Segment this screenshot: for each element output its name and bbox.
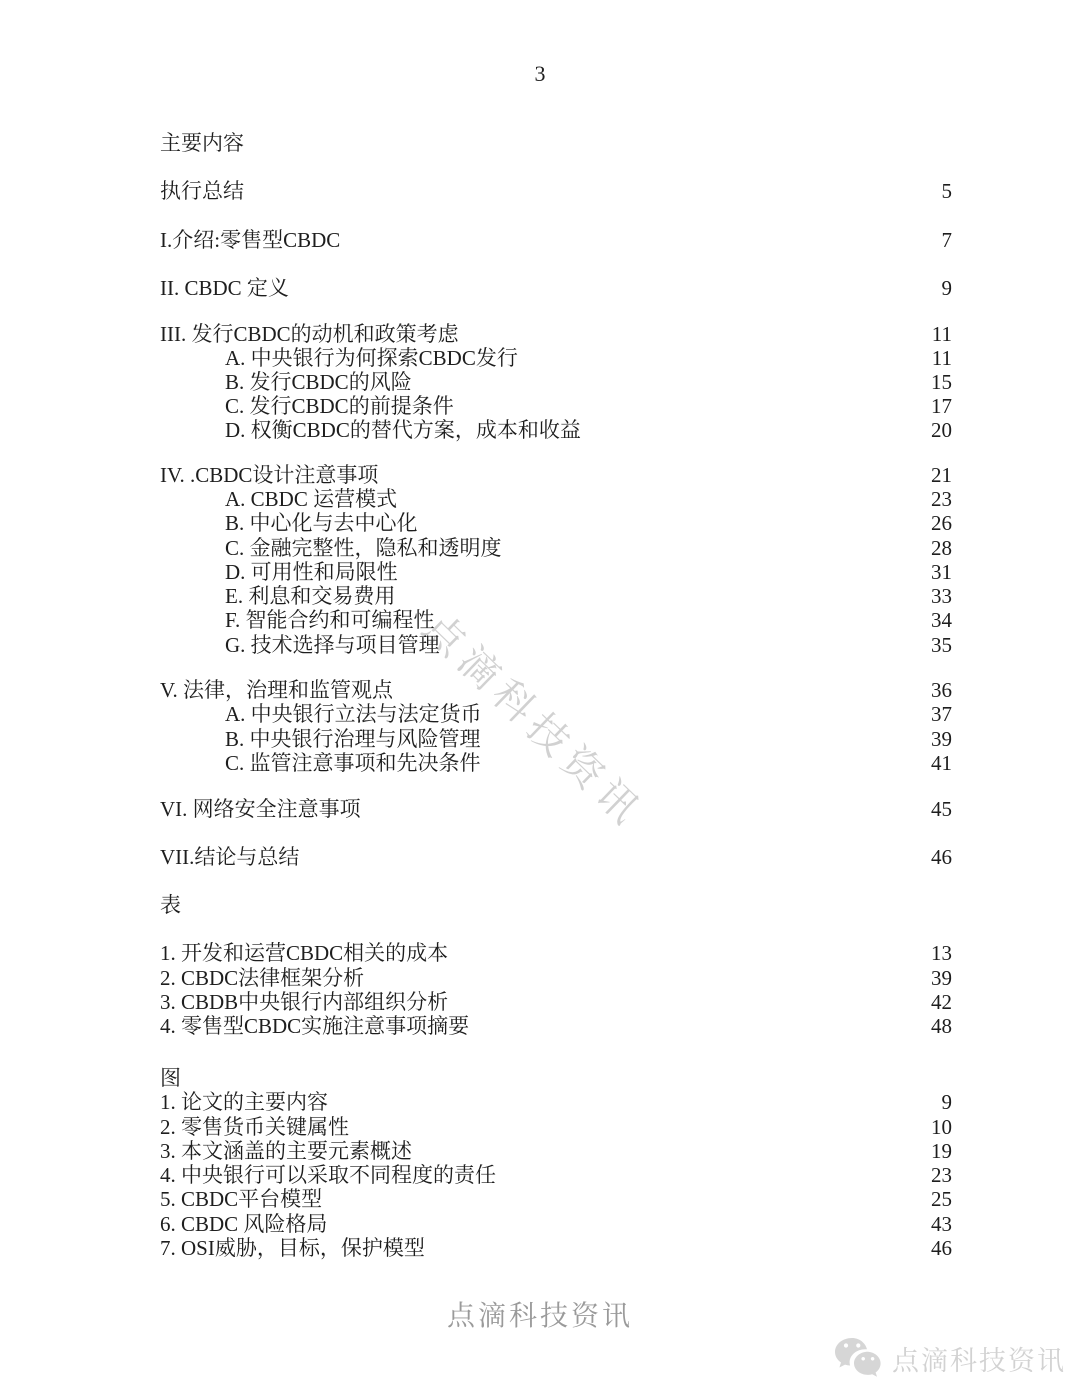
toc-subentry-page: 26 <box>922 511 952 535</box>
page-number: 3 <box>0 62 1080 86</box>
toc-subentry-page: 28 <box>922 536 952 560</box>
figures-entry: 5. CBDC平台模型 25 <box>160 1187 952 1211</box>
tables-entry: 4. 零售型CBDC实施注意事项摘要 48 <box>160 1014 952 1038</box>
figures-entry-label: 1. 论文的主要内容 <box>160 1090 328 1114</box>
toc-subentry-page: 11 <box>922 346 952 370</box>
toc-subentry: C. 发行CBDC的前提条件 17 <box>225 394 952 418</box>
tables-entry-page: 39 <box>922 966 952 990</box>
figures-entry-page: 46 <box>922 1236 952 1260</box>
toc-entry-page: 45 <box>922 797 952 821</box>
tables-entry-label: 2. CBDC法律框架分析 <box>160 966 364 990</box>
figures-entry: 1. 论文的主要内容 9 <box>160 1090 952 1114</box>
toc-entry-page: 7 <box>922 228 952 252</box>
tables-heading: 表 <box>160 893 952 917</box>
toc-subentry-label: D. 可用性和局限性 <box>225 560 398 584</box>
toc-entry-page: 21 <box>922 463 952 487</box>
figures-entry-label: 4. 中央银行可以采取不同程度的责任 <box>160 1163 496 1187</box>
toc-entry-page: 46 <box>922 845 952 869</box>
toc-subentry-label: G. 技术选择与项目管理 <box>225 633 440 657</box>
toc-entry: VII.结论与总结 46 <box>160 845 952 869</box>
figures-entry: 2. 零售货币关键属性 10 <box>160 1115 952 1139</box>
toc-subentry: B. 中心化与去中心化 26 <box>225 511 952 535</box>
tables-entry-label: 4. 零售型CBDC实施注意事项摘要 <box>160 1014 469 1038</box>
toc-subentry: E. 利息和交易费用 33 <box>225 584 952 608</box>
figures-entry: 4. 中央银行可以采取不同程度的责任 23 <box>160 1163 952 1187</box>
toc-subentry-label: C. 监管注意事项和先决条件 <box>225 751 481 775</box>
figures-entry-page: 43 <box>922 1212 952 1236</box>
toc-subentry-label: D. 权衡CBDC的替代方案，成本和收益 <box>225 418 581 442</box>
toc-subentry-label: B. 中心化与去中心化 <box>225 511 418 535</box>
figures-entry: 6. CBDC 风险格局 43 <box>160 1212 952 1236</box>
toc-entry-label: II. CBDC 定义 <box>160 276 289 300</box>
toc-subentry-page: 41 <box>922 751 952 775</box>
toc-subentry: F. 智能合约和可编程性 34 <box>225 608 952 632</box>
corner-watermark: 点滴科技资讯 <box>832 1336 1066 1380</box>
toc-subentry: D. 可用性和局限性 31 <box>225 560 952 584</box>
toc-subentry-label: C. 发行CBDC的前提条件 <box>225 394 454 418</box>
tables-entry: 2. CBDC法律框架分析 39 <box>160 966 952 990</box>
toc-subentry-page: 31 <box>922 560 952 584</box>
toc-subentry-page: 23 <box>922 487 952 511</box>
toc-entry-page: 5 <box>922 179 952 203</box>
figures-entry-label: 5. CBDC平台模型 <box>160 1187 322 1211</box>
figures-entry-page: 25 <box>922 1187 952 1211</box>
toc-subentry-page: 37 <box>922 702 952 726</box>
document-page: 3 点滴科技资讯 主要内容 执行总结 5 I.介绍:零售型CBDC 7 II. … <box>0 0 1080 1397</box>
figures-entry-page: 10 <box>922 1115 952 1139</box>
tables-entry-label: 3. CBDB中央银行内部组织分析 <box>160 990 448 1014</box>
toc-entry: II. CBDC 定义 9 <box>160 276 952 300</box>
toc-entry-page: 11 <box>922 322 952 346</box>
toc-subentry-page: 39 <box>922 727 952 751</box>
footer-watermark: 点滴科技资讯 <box>0 1294 1080 1334</box>
toc-subentry-page: 17 <box>922 394 952 418</box>
toc-subentry-label: A. 中央银行立法与法定货币 <box>225 702 482 726</box>
tables-entry: 1. 开发和运营CBDC相关的成本 13 <box>160 941 952 965</box>
toc-entry-page: 9 <box>922 276 952 300</box>
toc-entry-label: IV. .CBDC设计注意事项 <box>160 463 378 487</box>
toc-subentry-label: B. 中央银行治理与风险管理 <box>225 727 481 751</box>
toc-entry-page: 36 <box>922 678 952 702</box>
wechat-logo-icon <box>832 1336 884 1380</box>
toc-entry-label: 执行总结 <box>160 179 244 203</box>
figures-entry: 7. OSI威胁，目标，保护模型 46 <box>160 1236 952 1260</box>
toc-subentry-label: C. 金融完整性，隐私和透明度 <box>225 536 502 560</box>
corner-watermark-label: 点滴科技资讯 <box>892 1339 1066 1378</box>
toc-entry-label: VI. 网络安全注意事项 <box>160 797 361 821</box>
toc-subentry: B. 发行CBDC的风险 15 <box>225 370 952 394</box>
figures-entry-label: 2. 零售货币关键属性 <box>160 1115 349 1139</box>
toc-subentry-label: A. CBDC 运营模式 <box>225 487 397 511</box>
toc-entry: V. 法律，治理和监管观点 36 <box>160 678 952 702</box>
toc-entry-label: V. 法律，治理和监管观点 <box>160 678 393 702</box>
toc-subentry: C. 监管注意事项和先决条件 41 <box>225 751 952 775</box>
figures-entry-label: 7. OSI威胁，目标，保护模型 <box>160 1236 425 1260</box>
toc-subentry-page: 35 <box>922 633 952 657</box>
toc-entry-label: I.介绍:零售型CBDC <box>160 228 340 252</box>
toc-heading-label: 主要内容 <box>160 131 244 155</box>
toc-entry: VI. 网络安全注意事项 45 <box>160 797 952 821</box>
figures-heading-label: 图 <box>160 1066 181 1090</box>
figures-entry-page: 23 <box>922 1163 952 1187</box>
toc-subentry-label: E. 利息和交易费用 <box>225 584 395 608</box>
toc-entry: IV. .CBDC设计注意事项 21 <box>160 463 952 487</box>
toc-subentry-page: 20 <box>922 418 952 442</box>
toc-subentry-page: 34 <box>922 608 952 632</box>
toc-subentry-label: B. 发行CBDC的风险 <box>225 370 412 394</box>
toc-subentry-label: F. 智能合约和可编程性 <box>225 608 435 632</box>
toc-subentry: A. CBDC 运营模式 23 <box>225 487 952 511</box>
toc-entry: III. 发行CBDC的动机和政策考虑 11 <box>160 322 952 346</box>
figures-entry: 3. 本文涵盖的主要元素概述 19 <box>160 1139 952 1163</box>
toc-heading: 主要内容 <box>160 131 952 155</box>
toc-subentry-label: A. 中央银行为何探索CBDC发行 <box>225 346 518 370</box>
toc-subentry-page: 33 <box>922 584 952 608</box>
toc-entry: I.介绍:零售型CBDC 7 <box>160 228 952 252</box>
tables-entry-page: 48 <box>922 1014 952 1038</box>
toc-subentry: D. 权衡CBDC的替代方案，成本和收益 20 <box>225 418 952 442</box>
figures-heading: 图 <box>160 1066 952 1090</box>
tables-entry-page: 13 <box>922 941 952 965</box>
figures-entry-label: 3. 本文涵盖的主要元素概述 <box>160 1139 412 1163</box>
figures-entry-page: 19 <box>922 1139 952 1163</box>
tables-entry: 3. CBDB中央银行内部组织分析 42 <box>160 990 952 1014</box>
toc-subentry: A. 中央银行立法与法定货币 37 <box>225 702 952 726</box>
toc-subentry: B. 中央银行治理与风险管理 39 <box>225 727 952 751</box>
tables-entry-label: 1. 开发和运营CBDC相关的成本 <box>160 941 448 965</box>
toc-entry: 执行总结 5 <box>160 179 952 203</box>
toc-subentry-page: 15 <box>922 370 952 394</box>
tables-heading-label: 表 <box>160 893 181 917</box>
figures-entry-page: 9 <box>922 1090 952 1114</box>
toc-subentry: A. 中央银行为何探索CBDC发行 11 <box>225 346 952 370</box>
toc-subentry: G. 技术选择与项目管理 35 <box>225 633 952 657</box>
figures-entry-label: 6. CBDC 风险格局 <box>160 1212 327 1236</box>
toc-entry-label: III. 发行CBDC的动机和政策考虑 <box>160 322 459 346</box>
toc-entry-label: VII.结论与总结 <box>160 845 299 869</box>
tables-entry-page: 42 <box>922 990 952 1014</box>
toc-subentry: C. 金融完整性，隐私和透明度 28 <box>225 536 952 560</box>
